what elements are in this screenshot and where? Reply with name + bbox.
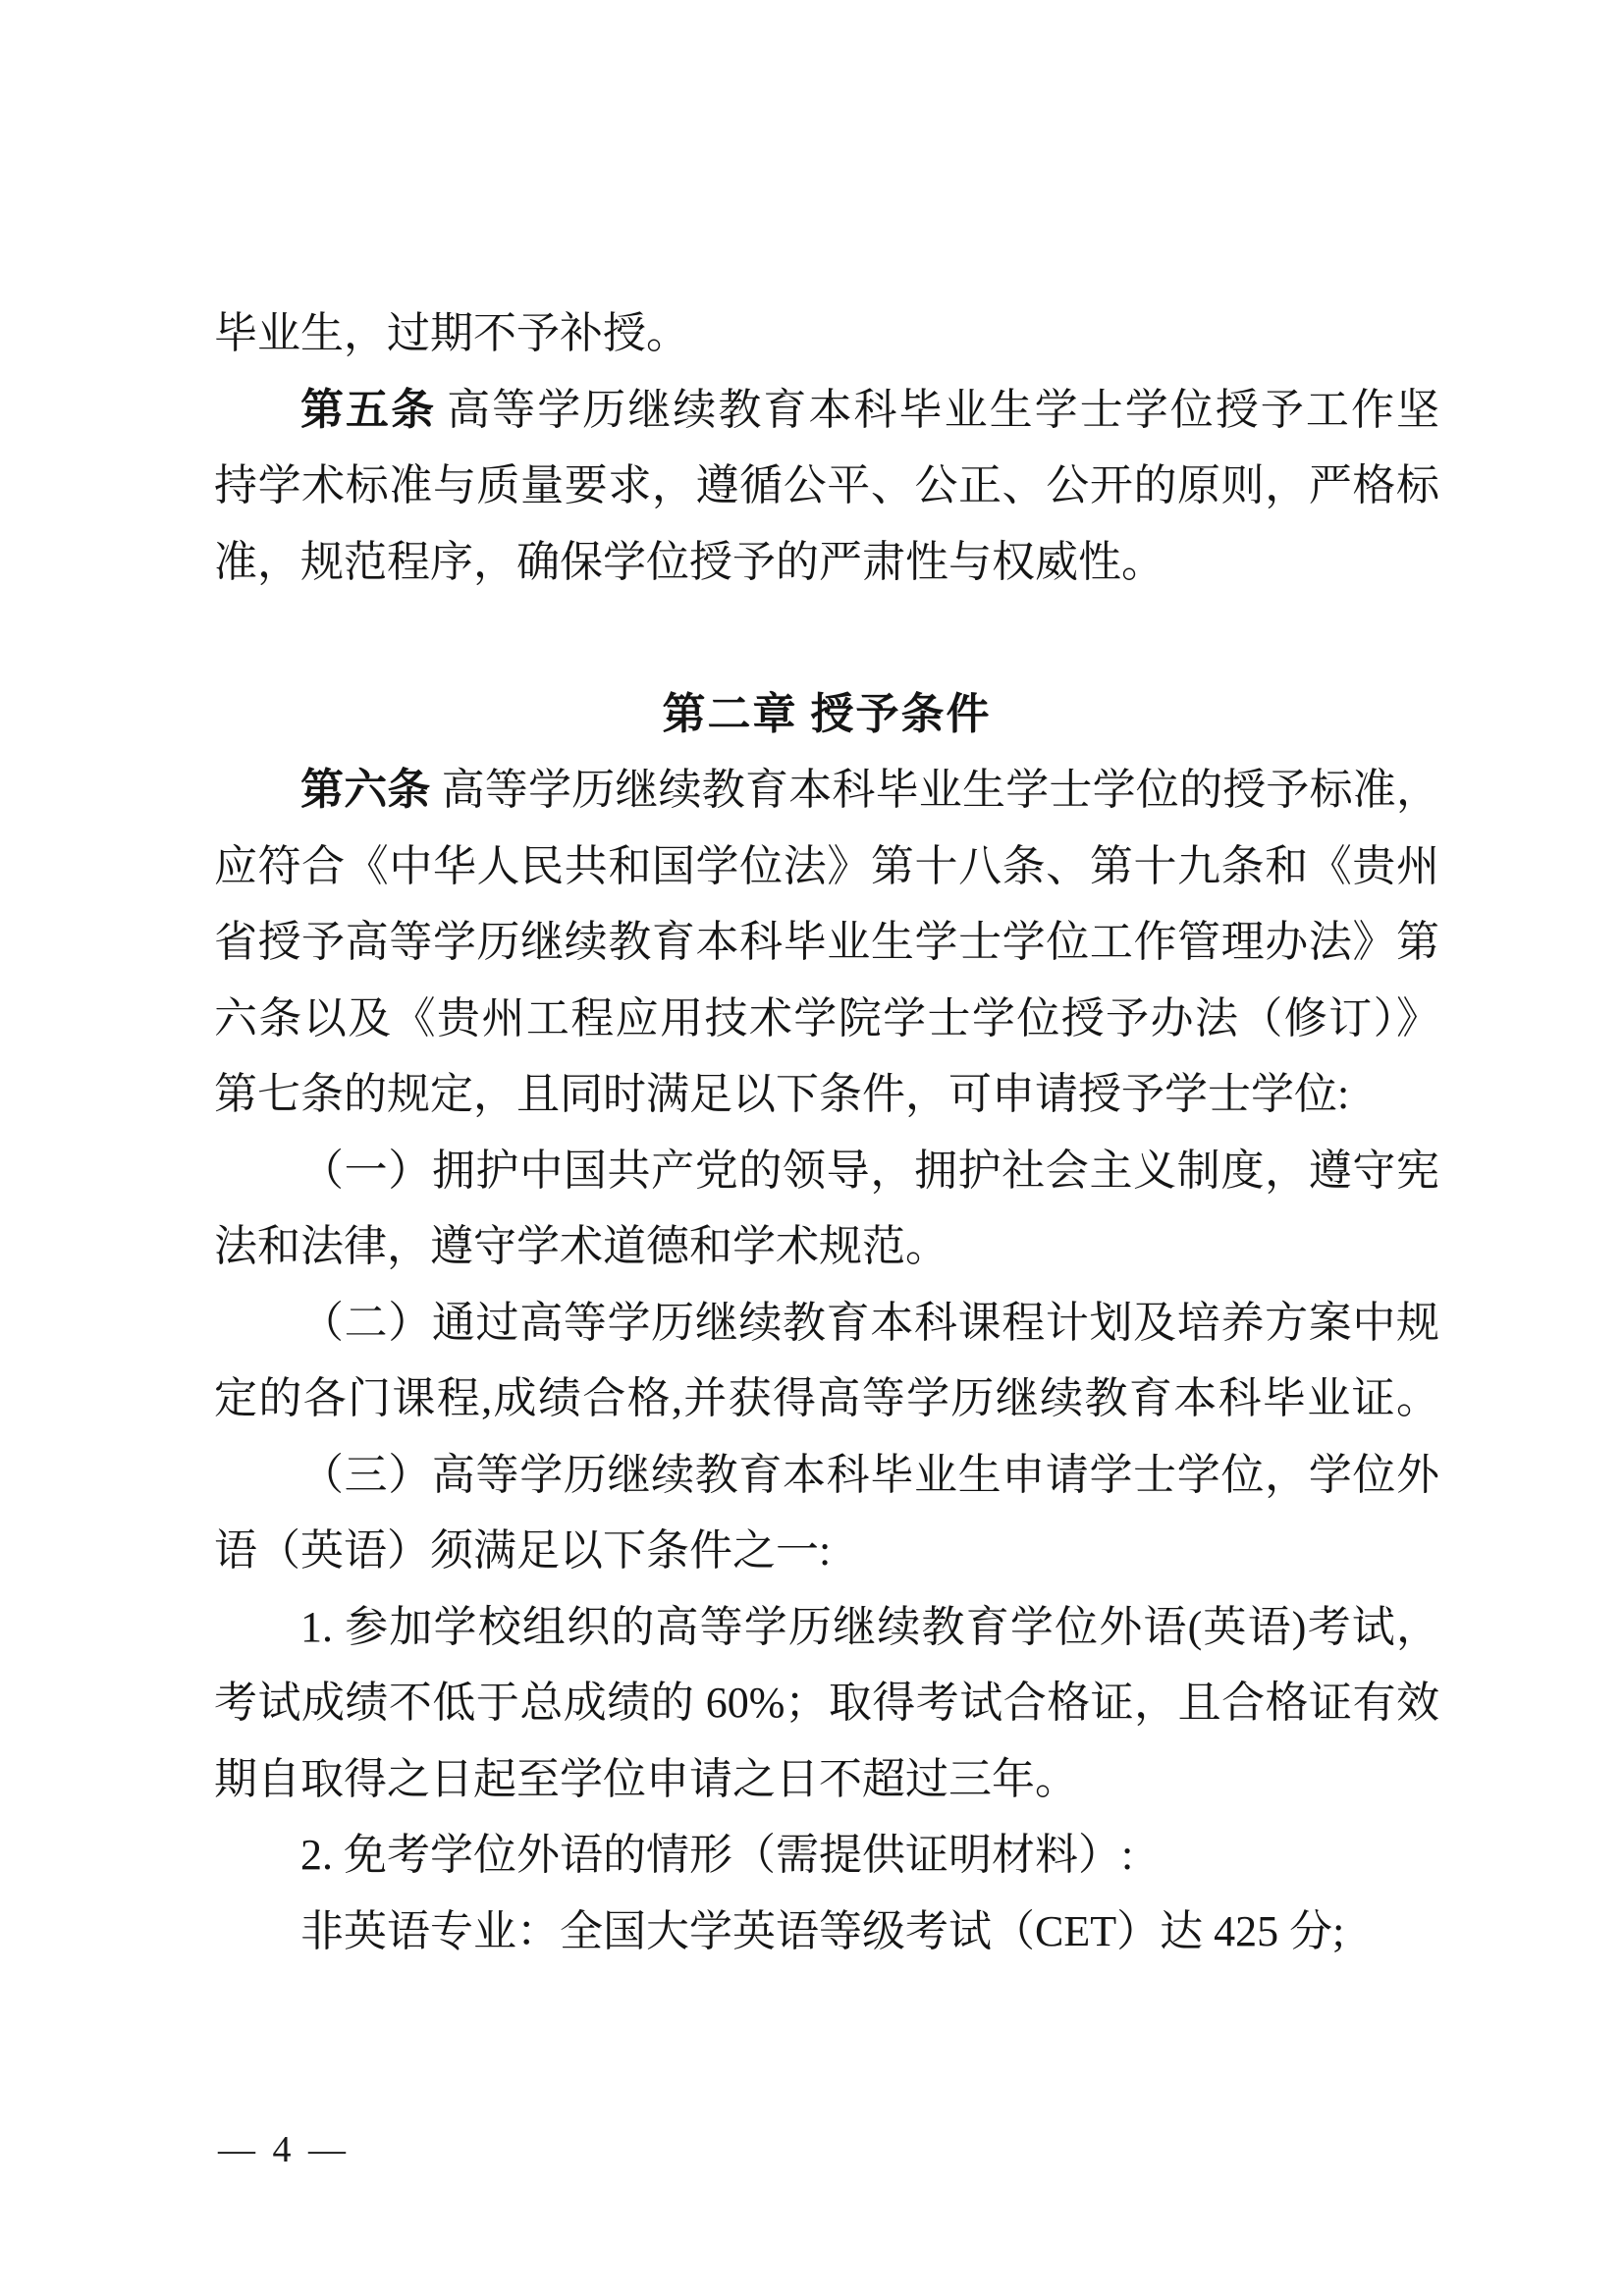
- text-line: 省授予高等学历继续教育本科毕业生学士学位工作管理办法》第: [214, 904, 1439, 981]
- text-line: 1. 参加学校组织的高等学历继续教育学位外语(英语)考试，: [214, 1589, 1439, 1666]
- text-line: 持学术标准与质量要求，遵循公平、公正、公开的原则，严格标: [214, 448, 1439, 524]
- article-number: 第六条: [300, 766, 431, 814]
- text-line: 第六条高等学历继续教育本科毕业生学士学位的授予标准，: [214, 752, 1439, 828]
- text-line: 第七条的规定，且同时满足以下条件，可申请授予学士学位:: [214, 1056, 1439, 1133]
- text-line: 法和法律，遵守学术道德和学术规范。: [214, 1208, 1439, 1285]
- page-number: — 4 —: [218, 2128, 350, 2171]
- text-line: 非英语专业：全国大学英语等级考试（CET）达 425 分;: [214, 1894, 1439, 1970]
- text-line: 考试成绩不低于总成绩的 60%；取得考试合格证，且合格证有效: [214, 1665, 1439, 1741]
- text-line: 第五条高等学历继续教育本科毕业生学士学位授予工作坚: [214, 372, 1439, 449]
- text-line: 定的各门课程,成绩合格,并获得高等学历继续教育本科毕业证。: [214, 1361, 1439, 1437]
- text-line: 毕业生，过期不予补授。: [214, 295, 1439, 372]
- text-line: 语（英语）须满足以下条件之一:: [214, 1513, 1439, 1589]
- text-line: （一）拥护中国共产党的领导，拥护社会主义制度，遵守宪: [214, 1133, 1439, 1209]
- text-line: 期自取得之日起至学位申请之日不超过三年。: [214, 1741, 1439, 1818]
- text-line: （二）通过高等学历继续教育本科课程计划及培养方案中规: [214, 1285, 1439, 1362]
- document-body: 毕业生，过期不予补授。 第五条高等学历继续教育本科毕业生学士学位授予工作坚 持学…: [214, 295, 1439, 1969]
- blank-line: [214, 600, 1439, 676]
- text-line-body: 高等学历继续教育本科毕业生学士学位授予工作坚: [447, 386, 1439, 434]
- text-line: （三）高等学历继续教育本科毕业生申请学士学位，学位外: [214, 1437, 1439, 1514]
- text-line: 2. 免考学位外语的情形（需提供证明材料）:: [214, 1817, 1439, 1894]
- text-line: 准，规范程序，确保学位授予的严肃性与权威性。: [214, 524, 1439, 601]
- text-line: 应符合《中华人民共和国学位法》第十八条、第十九条和《贵州: [214, 828, 1439, 905]
- article-number: 第五条: [300, 386, 436, 434]
- chapter-heading: 第二章 授予条件: [214, 676, 1439, 753]
- document-page: 毕业生，过期不予补授。 第五条高等学历继续教育本科毕业生学士学位授予工作坚 持学…: [0, 0, 1624, 2296]
- text-line-body: 高等学历继续教育本科毕业生学士学位的授予标准，: [442, 766, 1439, 814]
- text-line: 六条以及《贵州工程应用技术学院学士学位授予办法（修订）》: [214, 981, 1439, 1057]
